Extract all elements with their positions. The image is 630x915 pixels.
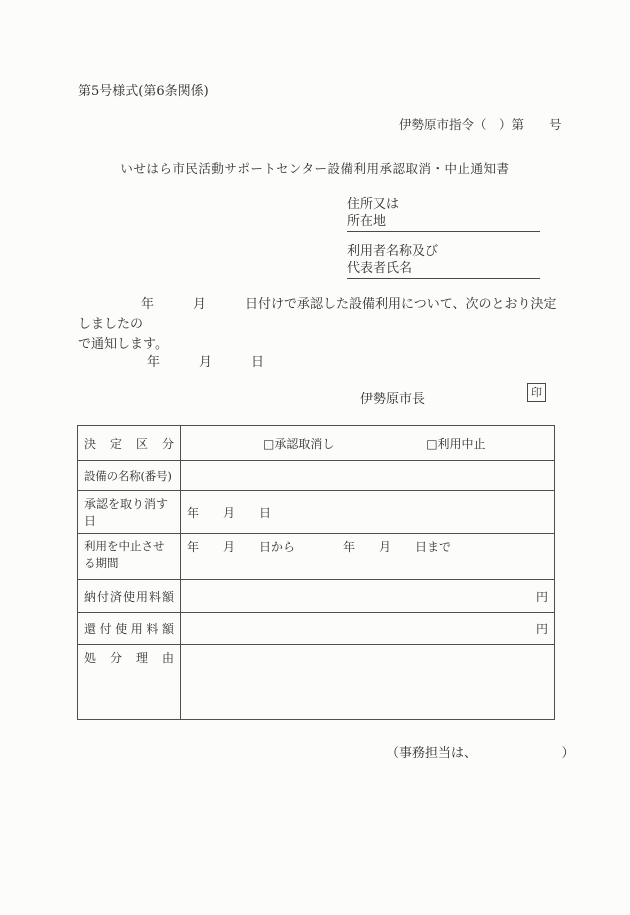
representative-fill-line: 代表者氏名 — [347, 260, 540, 279]
paid-fee-cell: 円 — [181, 580, 555, 613]
option-label: 利用中止 — [438, 437, 486, 451]
table-row-suspend-period: 利用を中止させる期間 年 月 日から 年 月 日まで — [78, 534, 555, 580]
equipment-name-cell — [181, 461, 555, 491]
paid-fee-label: 納付済使用料額 — [78, 580, 181, 613]
suspend-period-cell: 年 月 日から 年 月 日まで — [181, 534, 555, 580]
cancel-date-cell: 年 月 日 — [181, 491, 555, 534]
table-row-refund-fee: 還付使用料額 円 — [78, 613, 555, 645]
option-use-suspend: □利用中止 — [426, 437, 485, 451]
recipient-name-block: 利用者名称及び 代表者氏名 — [347, 243, 540, 279]
issue-date-line: 年 月 日 — [147, 351, 264, 370]
disposition-reason-label: 処分理由 — [78, 645, 181, 720]
suspend-period-label: 利用を中止させる期間 — [78, 534, 181, 580]
checkbox-icon: □ — [426, 437, 437, 451]
seal-mark-icon: 印 — [527, 383, 546, 402]
body-paragraph: 年 月 日付けで承認した設備利用について、次のとおり決定しましたの で通知します… — [78, 295, 562, 355]
table-row-decision: 決定区分 □承認取消し □利用中止 — [78, 426, 555, 461]
user-name-label-top: 利用者名称及び — [347, 243, 540, 260]
notice-document-page: 第5号様式(第6条関係) 伊勢原市指令（ ）第 号 いせはら市民活動サポートセン… — [0, 0, 630, 915]
checkbox-icon: □ — [263, 437, 274, 451]
form-number: 第5号様式(第6条関係) — [78, 80, 209, 99]
document-title: いせはら市民活動サポートセンター設備利用承認取消・中止通知書 — [0, 159, 630, 177]
footer-clerk-note: （事務担当は、 ） — [386, 742, 575, 761]
cancel-date-label: 承認を取り消す日 — [78, 491, 181, 534]
refund-fee-cell: 円 — [181, 613, 555, 645]
notice-table: 決定区分 □承認取消し □利用中止 設備の名称(番号) 承認を取り消す日 年 月… — [77, 425, 555, 720]
equipment-name-label: 設備の名称(番号) — [78, 461, 181, 491]
disposition-reason-cell — [181, 645, 555, 720]
recipient-address-block: 住所又は 所在地 — [347, 196, 540, 232]
table-row-cancel-date: 承認を取り消す日 年 月 日 — [78, 491, 555, 534]
body-line-1: 年 月 日付けで承認した設備利用について、次のとおり決定しましたの — [78, 295, 562, 335]
issuer-name: 伊勢原市長 — [360, 388, 425, 407]
address-label-top: 住所又は — [347, 196, 540, 213]
option-label: 承認取消し — [274, 437, 334, 451]
refund-fee-label: 還付使用料額 — [78, 613, 181, 645]
table-row-disposition-reason: 処分理由 — [78, 645, 555, 720]
table-row-paid-fee: 納付済使用料額 円 — [78, 580, 555, 613]
option-approval-cancel: □承認取消し — [263, 437, 334, 451]
decision-category-label: 決定区分 — [78, 426, 181, 461]
decision-options-cell: □承認取消し □利用中止 — [181, 426, 555, 461]
address-fill-line: 所在地 — [347, 213, 540, 232]
table-row-equipment-name: 設備の名称(番号) — [78, 461, 555, 491]
directive-number-line: 伊勢原市指令（ ）第 号 — [399, 115, 562, 133]
